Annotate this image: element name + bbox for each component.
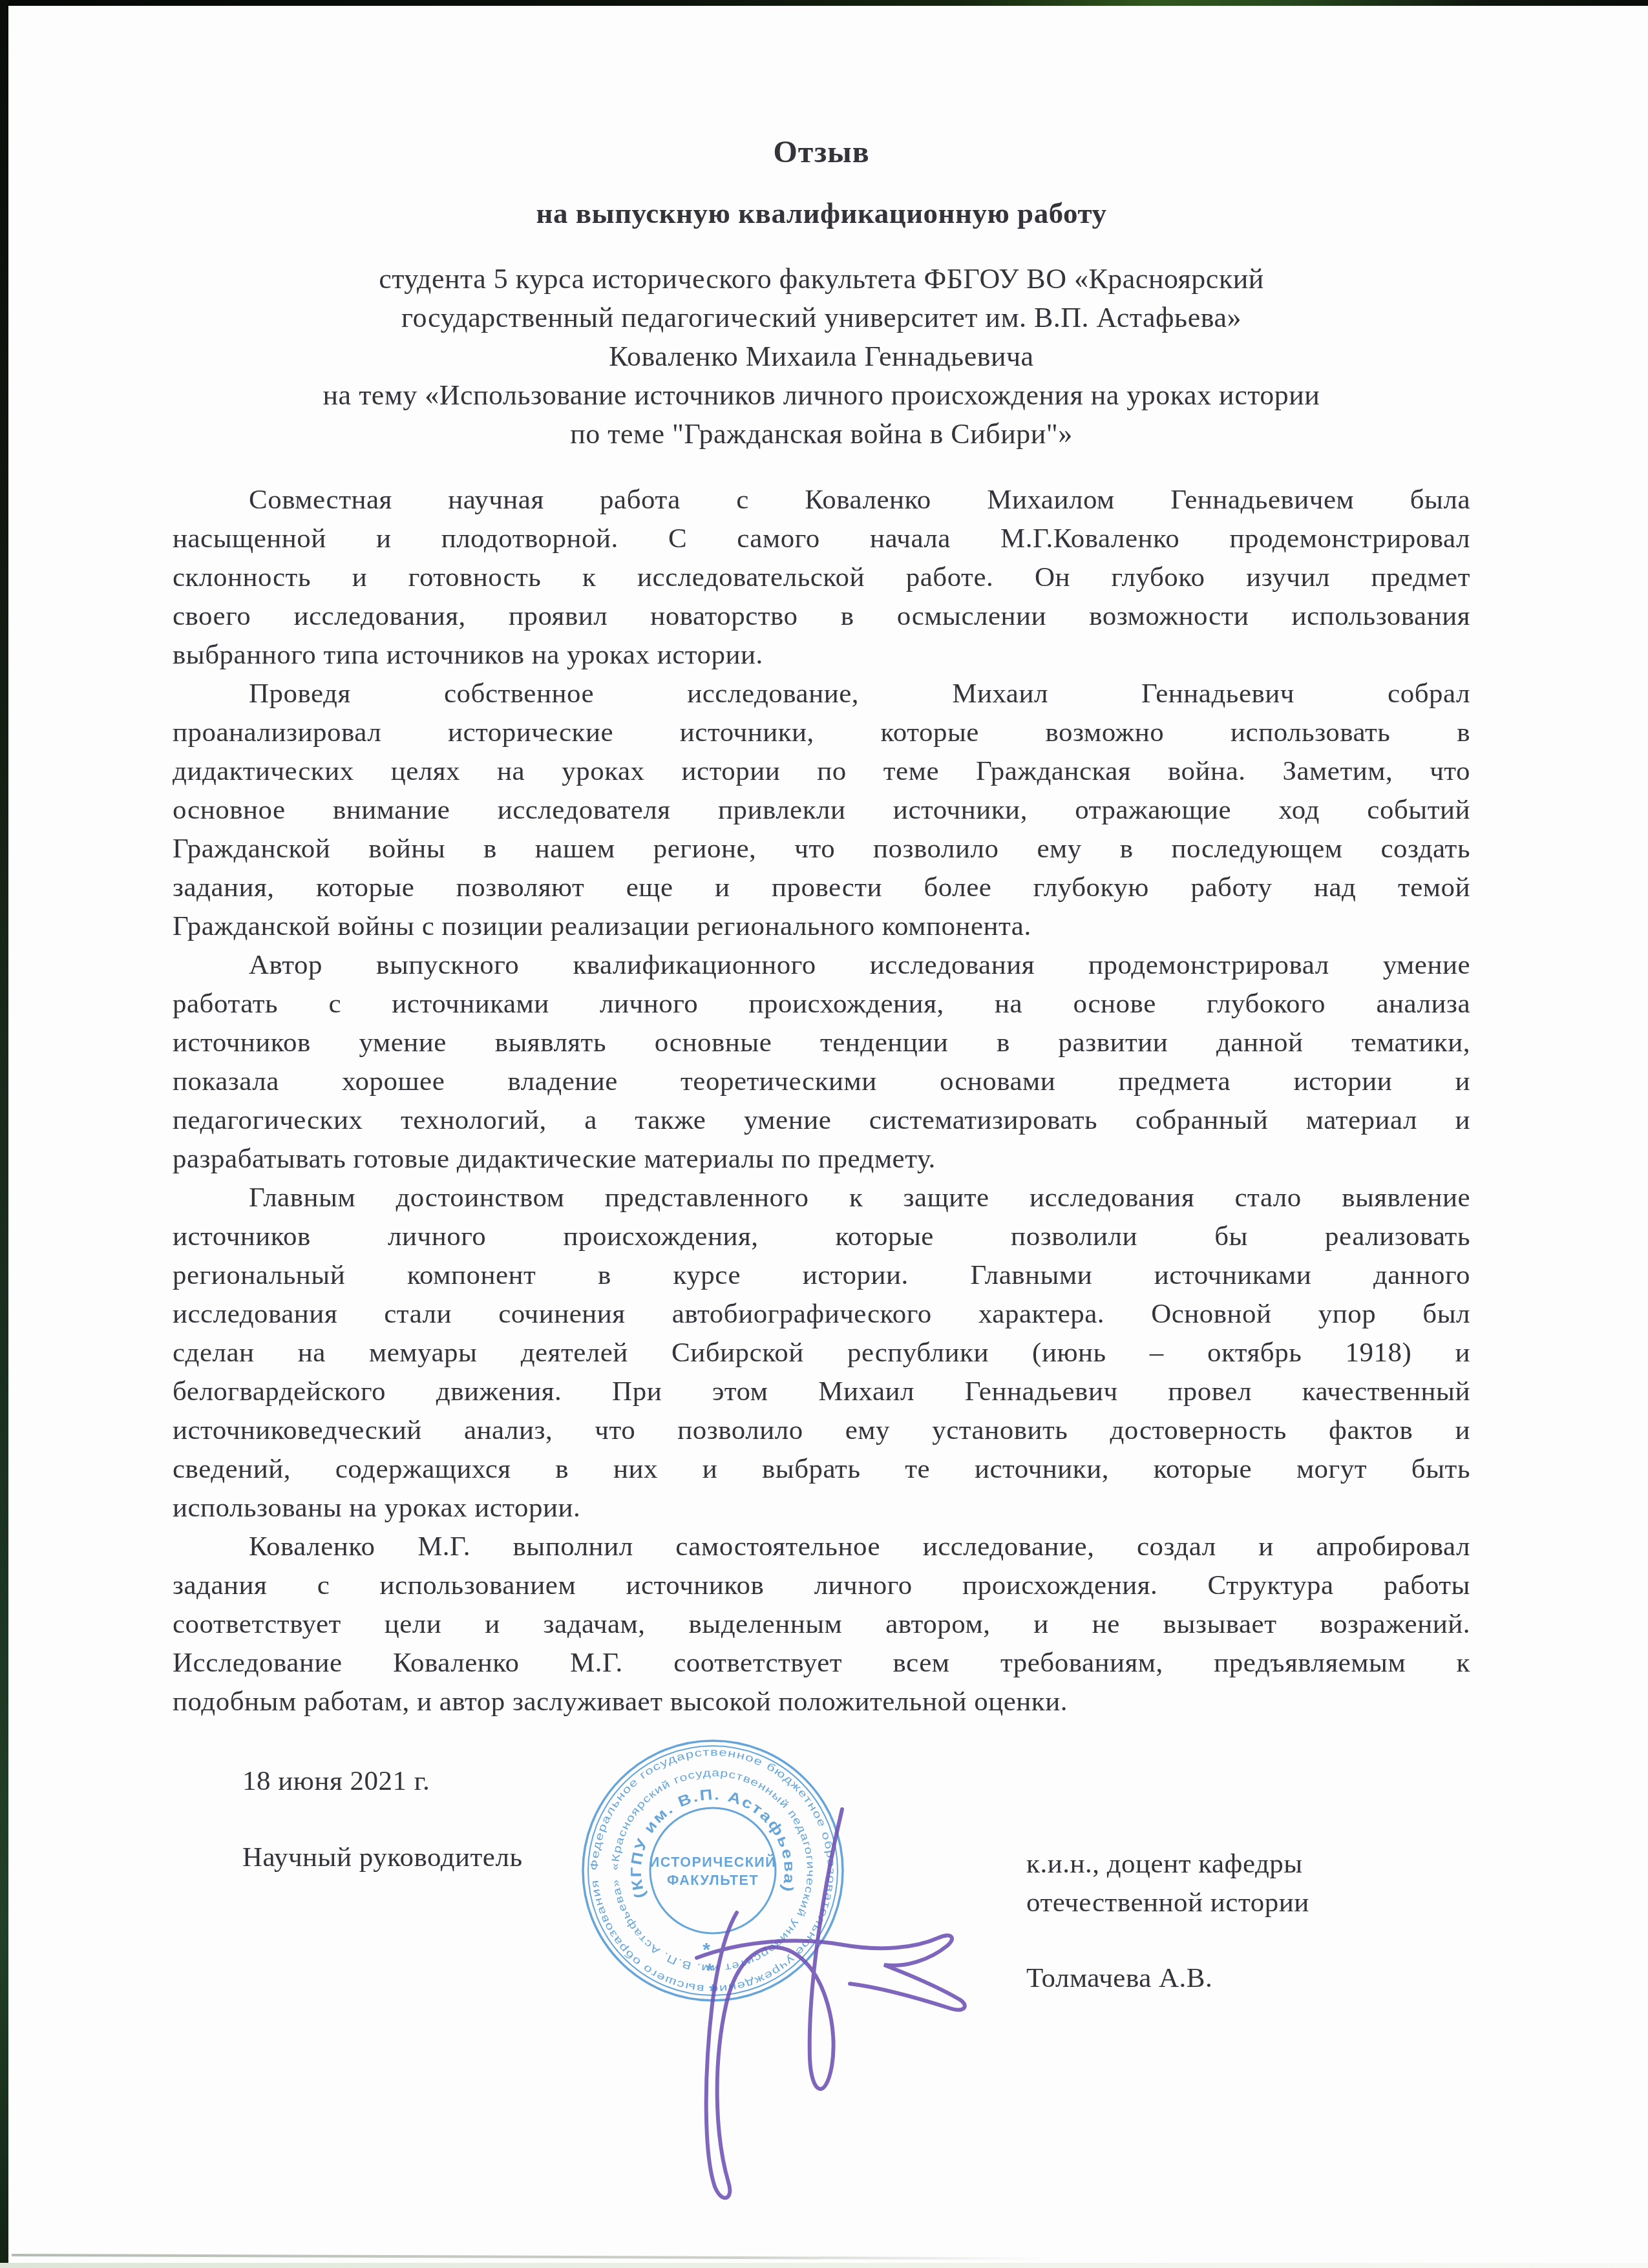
signer-name: Толмачева А.В. xyxy=(1026,1959,1212,1998)
scan-edge-bottom xyxy=(0,2263,1648,2268)
paragraph-line: Гражданской войны в нашем регионе, что п… xyxy=(173,830,1470,868)
paragraph-line: источников личного происхождения, которы… xyxy=(173,1217,1470,1256)
paragraph-line: Исследование Коваленко М.Г. соответствуе… xyxy=(173,1644,1470,1683)
signer-position-block: к.и.н., доцент кафедры отечественной ист… xyxy=(1026,1845,1492,1922)
paragraph-line: региональный компонент в курсе истории. … xyxy=(173,1256,1470,1295)
student-info-line: Коваленко Михаила Геннадьевича xyxy=(173,337,1470,376)
paragraph-line: основное внимание исследователя привлекл… xyxy=(173,791,1470,830)
document-subtitle: на выпускную квалификационную работу xyxy=(173,195,1470,231)
paragraph-line: использованы на уроках истории. xyxy=(173,1489,1470,1528)
paragraph-line: выбранного типа источников на уроках ист… xyxy=(173,636,1470,675)
paragraph-line: склонность и готовность к исследовательс… xyxy=(173,558,1470,597)
signature-stroke xyxy=(706,1809,842,2198)
student-info-line: на тему «Использование источников личног… xyxy=(173,376,1470,415)
paragraph-line: источников умение выявлять основные тенд… xyxy=(173,1024,1470,1062)
body-paragraphs: Совместная научная работа с Коваленко Ми… xyxy=(173,481,1470,1721)
paragraph-line: педагогических технологий, а также умени… xyxy=(173,1101,1470,1140)
paragraph-line: показала хорошее владение теоретическими… xyxy=(173,1062,1470,1101)
paragraph-line: соответствует цели и задачам, выделенным… xyxy=(173,1605,1470,1644)
paragraph-line: Гражданской войны с позиции реализации р… xyxy=(173,907,1470,946)
paragraph-line: исследования стали сочинения автобиограф… xyxy=(173,1295,1470,1334)
paragraph-line: насыщенной и плодотворной. С самого нача… xyxy=(173,520,1470,558)
paragraph-line: Совместная научная работа с Коваленко Ми… xyxy=(173,481,1470,520)
paragraph-line: задания, которые позволяют еще и провест… xyxy=(173,868,1470,907)
scan-edge-top xyxy=(0,0,1648,6)
scanned-review-page: Отзыв на выпускную квалификационную рабо… xyxy=(0,0,1648,2268)
paragraph-line: сделан на мемуары деятелей Сибирской рес… xyxy=(173,1334,1470,1372)
document-title: Отзыв xyxy=(173,134,1470,171)
paragraph-line: белогвардейского движения. При этом Миха… xyxy=(173,1372,1470,1411)
signer-position-line: к.и.н., доцент кафедры xyxy=(1026,1845,1492,1884)
paragraph-line: источниковедческий анализ, что позволило… xyxy=(173,1411,1470,1450)
paragraph-line: Главным достоинством представленного к з… xyxy=(173,1179,1470,1217)
signer-position-line: отечественной истории xyxy=(1026,1884,1492,1922)
student-info-block: студента 5 курса исторического факультет… xyxy=(173,260,1470,454)
paragraph-line: задания с использованием источников личн… xyxy=(173,1566,1470,1605)
paragraph-line: проанализировал исторические источники, … xyxy=(173,713,1470,752)
scan-edge-left xyxy=(0,0,8,2268)
paragraph-line: работать с источниками личного происхожд… xyxy=(173,985,1470,1024)
paragraph-line: дидактических целях на уроках истории по… xyxy=(173,752,1470,791)
student-info-line: государственный педагогический университ… xyxy=(173,299,1470,337)
paragraph-line: своего исследования, проявил новаторство… xyxy=(173,597,1470,636)
student-info-line: студента 5 курса исторического факультет… xyxy=(173,260,1470,299)
paragraph-line: Проведя собственное исследование, Михаил… xyxy=(173,675,1470,713)
paragraph-line: Автор выпускного квалификационного иссле… xyxy=(173,946,1470,985)
document-date: 18 июня 2021 г. xyxy=(242,1762,430,1801)
signer-role-label: Научный руководитель xyxy=(242,1838,523,1877)
paragraph-line: сведений, содержащихся в них и выбрать т… xyxy=(173,1450,1470,1489)
paper-bottom-shadow xyxy=(12,2254,1046,2260)
student-info-line: по теме "Гражданская война в Сибири"» xyxy=(173,415,1470,454)
paragraph-line: разрабатывать готовые дидактические мате… xyxy=(173,1140,1470,1179)
paragraph-line: Коваленко М.Г. выполнил самостоятельное … xyxy=(173,1528,1470,1566)
handwritten-signature xyxy=(659,1783,995,2216)
paragraph-line: подобным работам, и автор заслуживает вы… xyxy=(173,1683,1470,1721)
